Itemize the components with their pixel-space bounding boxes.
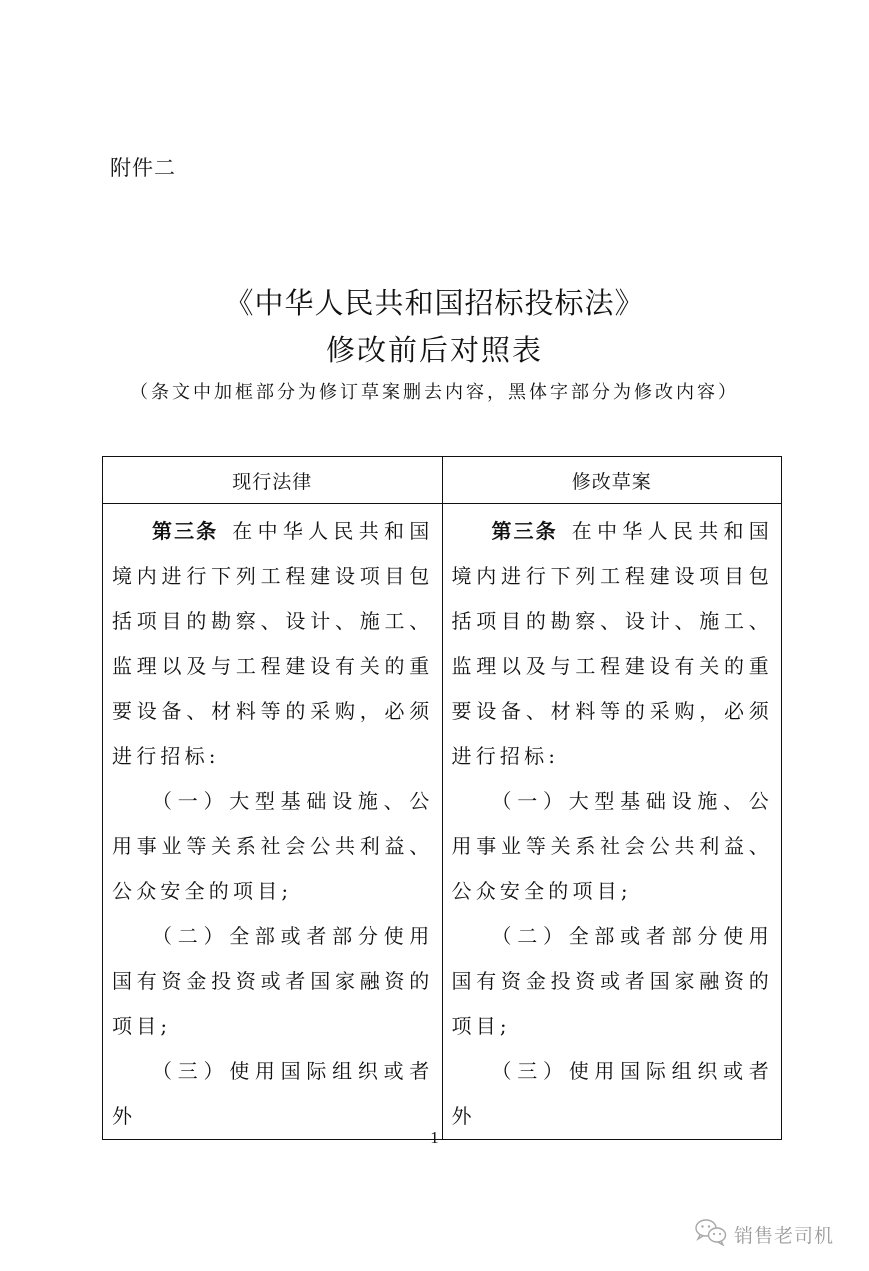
- draft-amendment-cell: 第三条在中华人民共和国境内进行下列工程建设项目包括项目的勘察、设计、施工、监理以…: [442, 504, 782, 1140]
- current-law-cell: 第三条在中华人民共和国境内进行下列工程建设项目包括项目的勘察、设计、施工、监理以…: [103, 504, 443, 1140]
- table-header-row: 现行法律 修改草案: [103, 457, 782, 504]
- document-title: 《中华人民共和国招标投标法》: [0, 283, 869, 323]
- watermark-text: 销售老司机: [734, 1221, 834, 1248]
- article-item: （一）大型基础设施、公用事业等关系社会公共利益、公众安全的项目;: [452, 779, 774, 914]
- document-subtitle-title: 修改前后对照表: [0, 330, 869, 370]
- article-item: （三）使用国际组织或者外: [452, 1049, 774, 1139]
- comparison-table: 现行法律 修改草案 第三条在中华人民共和国境内进行下列工程建设项目包括项目的勘察…: [102, 456, 782, 1140]
- article-item: （一）大型基础设施、公用事业等关系社会公共利益、公众安全的项目;: [112, 779, 434, 914]
- article-intro: 在中华人民共和国境内进行下列工程建设项目包括项目的勘察、设计、施工、监理以及与工…: [112, 519, 434, 768]
- article-number: 第三条: [152, 519, 218, 543]
- article-item: （二）全部或者部分使用国有资金投资或者国家融资的项目;: [452, 914, 774, 1049]
- article-item: （三）使用国际组织或者外: [112, 1049, 434, 1139]
- page-number: 1: [0, 1127, 869, 1149]
- document-note: （条文中加框部分为修订草案删去内容，黑体字部分为修改内容）: [0, 378, 869, 408]
- article-paragraph: 第三条在中华人民共和国境内进行下列工程建设项目包括项目的勘察、设计、施工、监理以…: [112, 509, 434, 779]
- wechat-icon: [694, 1218, 734, 1251]
- watermark: 销售老司机: [694, 1218, 834, 1251]
- article-intro: 在中华人民共和国境内进行下列工程建设项目包括项目的勘察、设计、施工、监理以及与工…: [452, 519, 774, 768]
- column-header-current-law: 现行法律: [103, 457, 443, 504]
- table-row: 第三条在中华人民共和国境内进行下列工程建设项目包括项目的勘察、设计、施工、监理以…: [103, 504, 782, 1140]
- article-paragraph: 第三条在中华人民共和国境内进行下列工程建设项目包括项目的勘察、设计、施工、监理以…: [452, 509, 774, 779]
- article-item: （二）全部或者部分使用国有资金投资或者国家融资的项目;: [112, 914, 434, 1049]
- column-header-draft-amendment: 修改草案: [442, 457, 782, 504]
- article-number: 第三条: [492, 519, 558, 543]
- attachment-label: 附件二: [110, 152, 176, 184]
